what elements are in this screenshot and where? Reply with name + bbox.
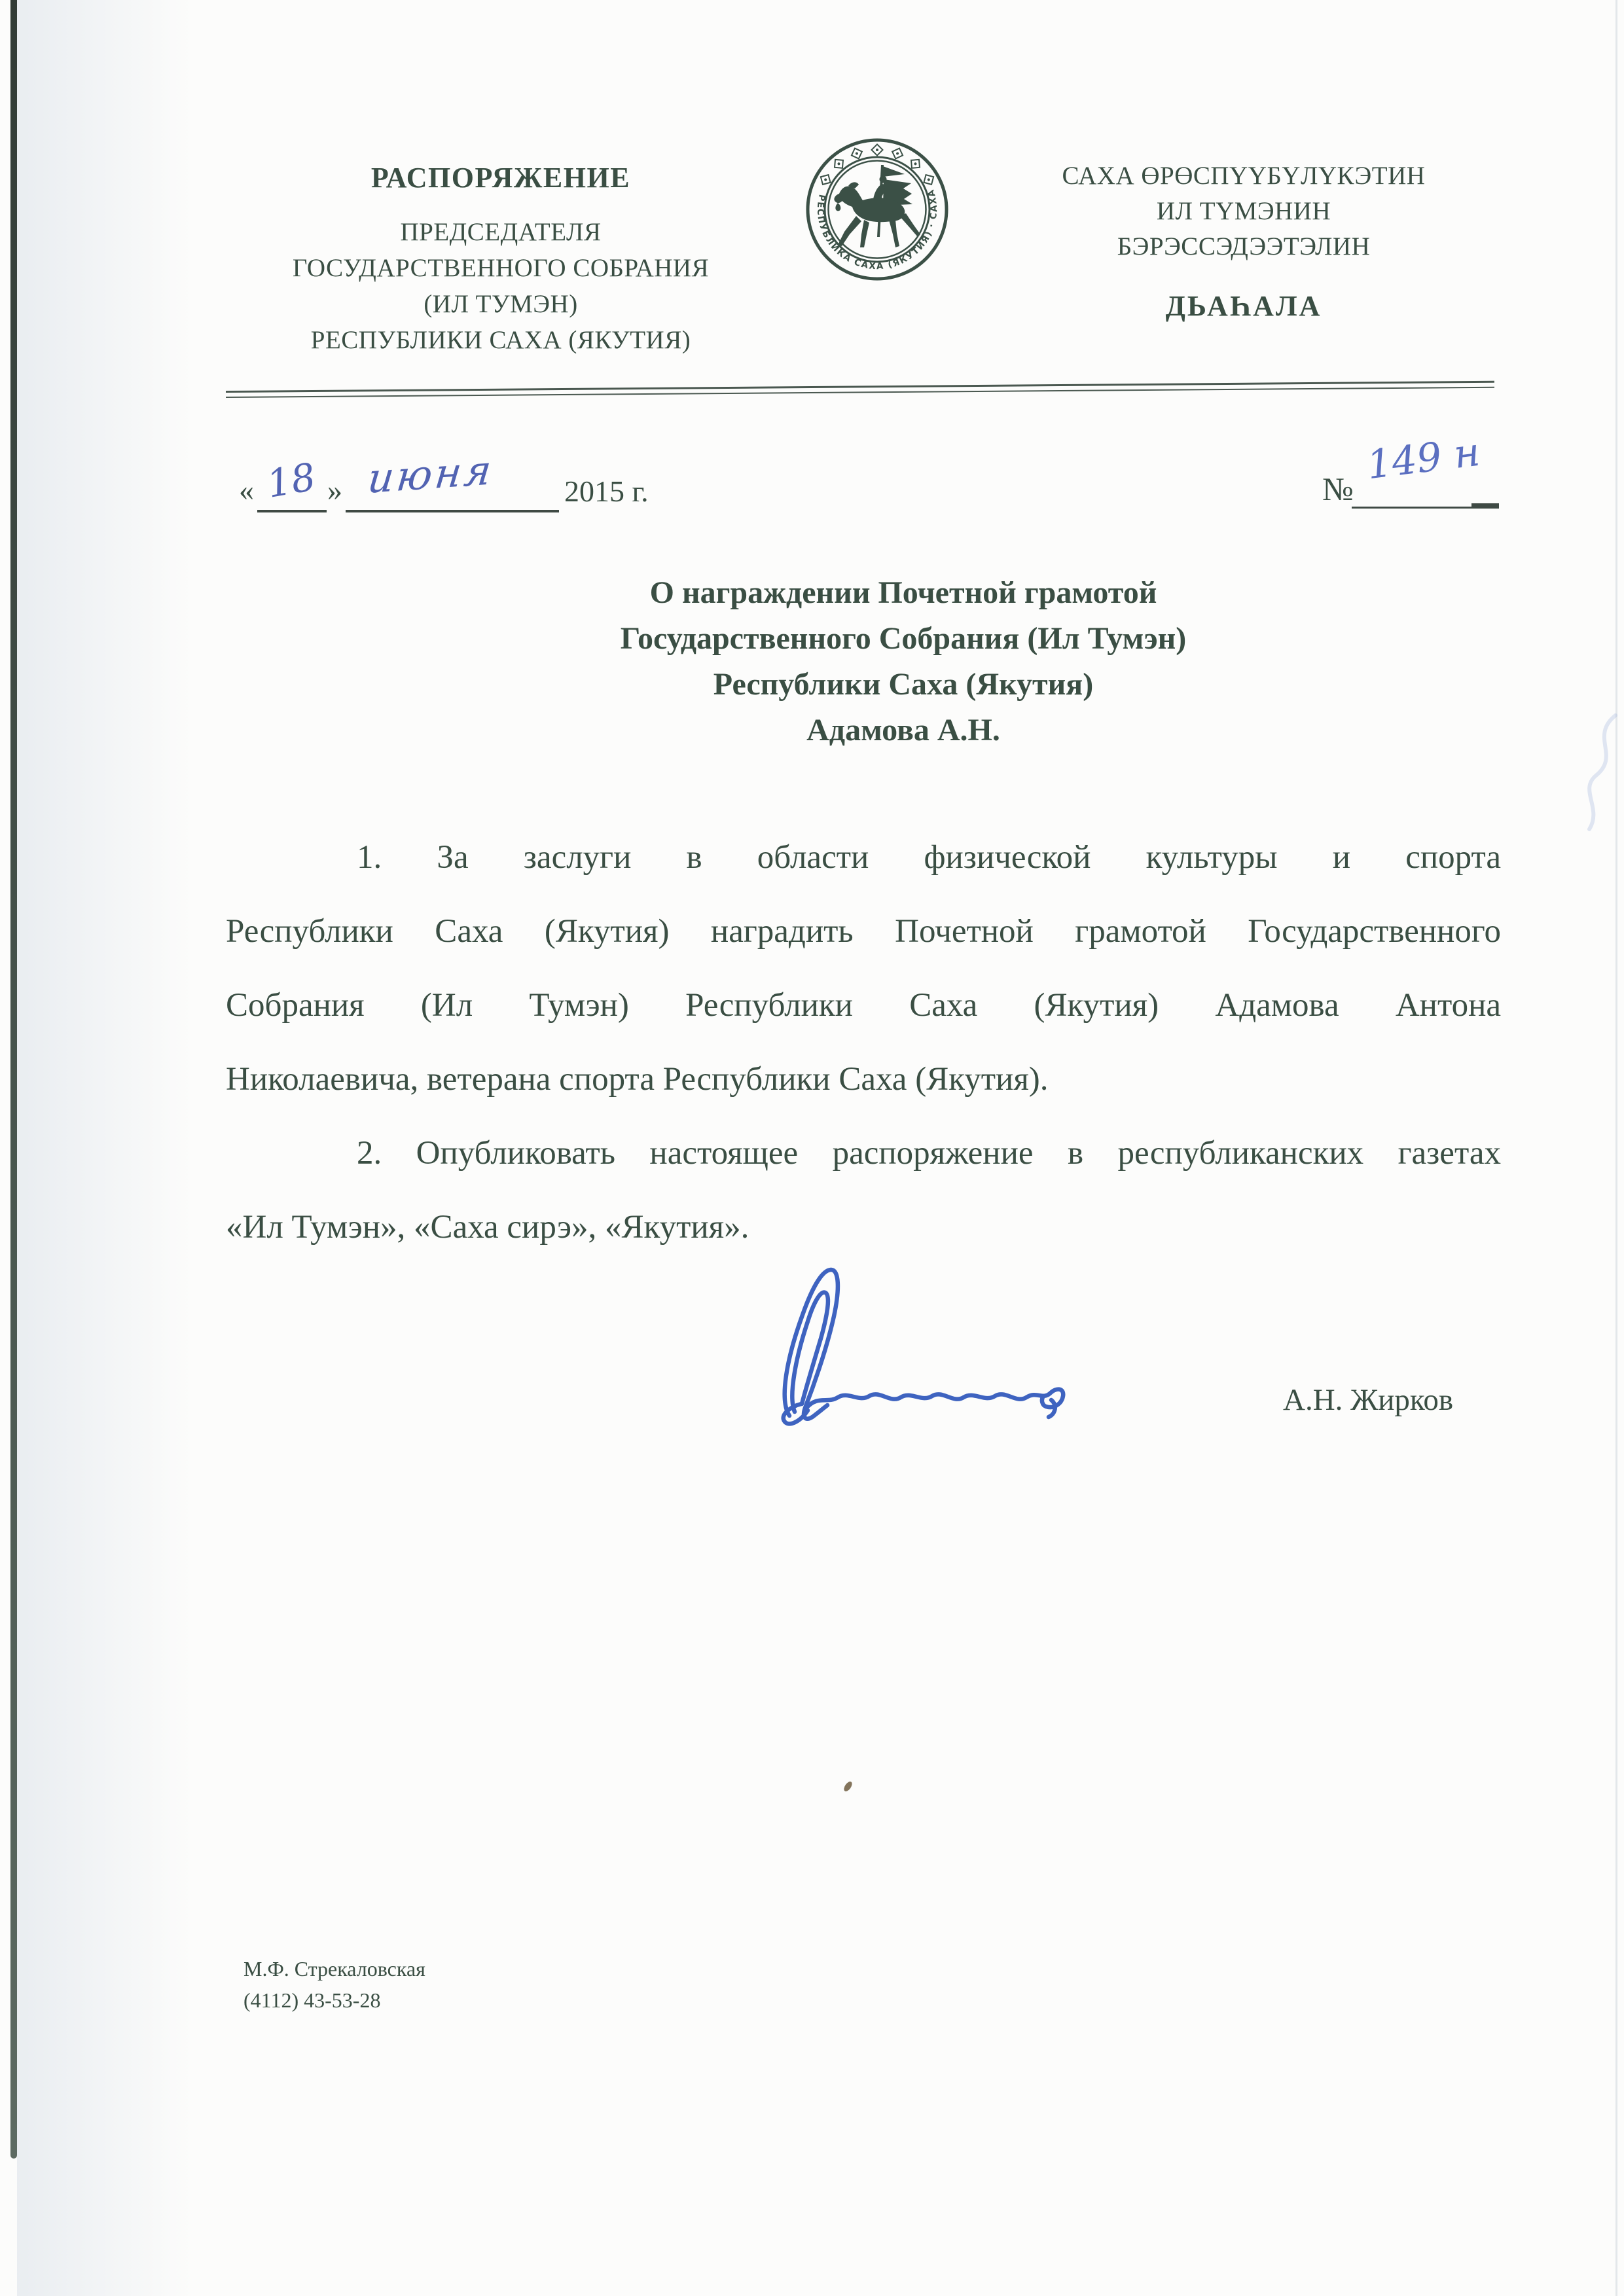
number-underline-end-dash: [1471, 503, 1499, 509]
number-label: №: [1322, 470, 1354, 508]
body-text: 1. За заслуги в области физической культ…: [226, 821, 1501, 1265]
document-type-title: РАСПОРЯЖЕНИЕ: [151, 161, 851, 194]
title-line: Адамова А.Н.: [216, 712, 1591, 748]
executor-name: М.Ф. Стрекаловская: [244, 1957, 425, 1981]
seal-diamond-ornaments: [818, 145, 937, 188]
handwritten-day: 18: [264, 454, 319, 507]
signer-name: А.Н. Жирков: [1283, 1382, 1558, 1418]
header-left-line: ПРЕДСЕДАТЕЛЯ: [151, 217, 851, 247]
scan-edge-line: [10, 0, 17, 2159]
header-right-line: БЭРЭССЭДЭЭТЭЛИН: [962, 232, 1525, 261]
header-left-line: РЕСПУБЛИКИ САХА (ЯКУТИЯ): [151, 325, 851, 355]
dust-speck: [842, 1780, 854, 1793]
body-line: 2. Опубликовать настоящее распоряжение в…: [226, 1117, 1501, 1191]
date-open-quote: «: [239, 473, 254, 507]
header-left-line: ГОСУДАРСТВЕННОГО СОБРАНИЯ: [151, 253, 851, 283]
body-line: «Ил Тумэн», «Саха сирэ», «Якутия».: [226, 1191, 1501, 1265]
handwritten-number: 149 н: [1364, 429, 1482, 489]
header-right-line: САХА ӨРӨСПҮҮБҮЛҮКЭТИН: [962, 161, 1525, 190]
coat-of-arms-seal: РЕСПУБЛИКА САХА (ЯКУТИЯ) · САХА РЕСПУБЛИ…: [805, 137, 949, 281]
header-right-block: САХА ӨРӨСПҮҮБҮЛҮКЭТИН ИЛ ТҮМЭНИН БЭРЭССЭ…: [962, 0, 1525, 380]
body-line: Николаевича, ветерана спорта Республики …: [226, 1043, 1501, 1117]
seal-horse-rider-icon: [834, 165, 920, 247]
title-line: О награждении Почетной грамотой: [216, 575, 1591, 611]
date-year: 2015 г.: [564, 474, 649, 509]
body-line: Собрания (Ил Тумэн) Республики Саха (Яку…: [226, 969, 1501, 1043]
header-left-block: РАСПОРЯЖЕНИЕ ПРЕДСЕДАТЕЛЯ ГОСУДАРСТВЕННО…: [151, 0, 851, 380]
scanned-document-page: РАСПОРЯЖЕНИЕ ПРЕДСЕДАТЕЛЯ ГОСУДАРСТВЕННО…: [0, 0, 1624, 2296]
number-underline: [1352, 507, 1476, 509]
header-right-line: ИЛ ТҮМЭНИН: [962, 196, 1525, 226]
body-line: 1. За заслуги в области физической культ…: [226, 821, 1501, 895]
title-line: Республики Саха (Якутия): [216, 666, 1591, 702]
day-underline: [257, 510, 327, 512]
body-line: Республики Саха (Якутия) наградить Почет…: [226, 895, 1501, 969]
header-left-line: (ИЛ ТУМЭН): [151, 289, 851, 319]
document-type-title-sakha: ДЬАҺАЛА: [962, 289, 1525, 323]
month-underline: [346, 510, 559, 512]
executor-phone: (4112) 43-53-28: [244, 1988, 380, 2013]
handwritten-signature: [746, 1260, 1165, 1430]
handwritten-month: июня: [365, 446, 496, 503]
header-separator-rule: [226, 381, 1494, 398]
scan-right-edge-line: [1615, 0, 1617, 2296]
date-close-quote: »: [327, 473, 342, 507]
title-line: Государственного Собрания (Ил Тумэн): [216, 620, 1591, 656]
